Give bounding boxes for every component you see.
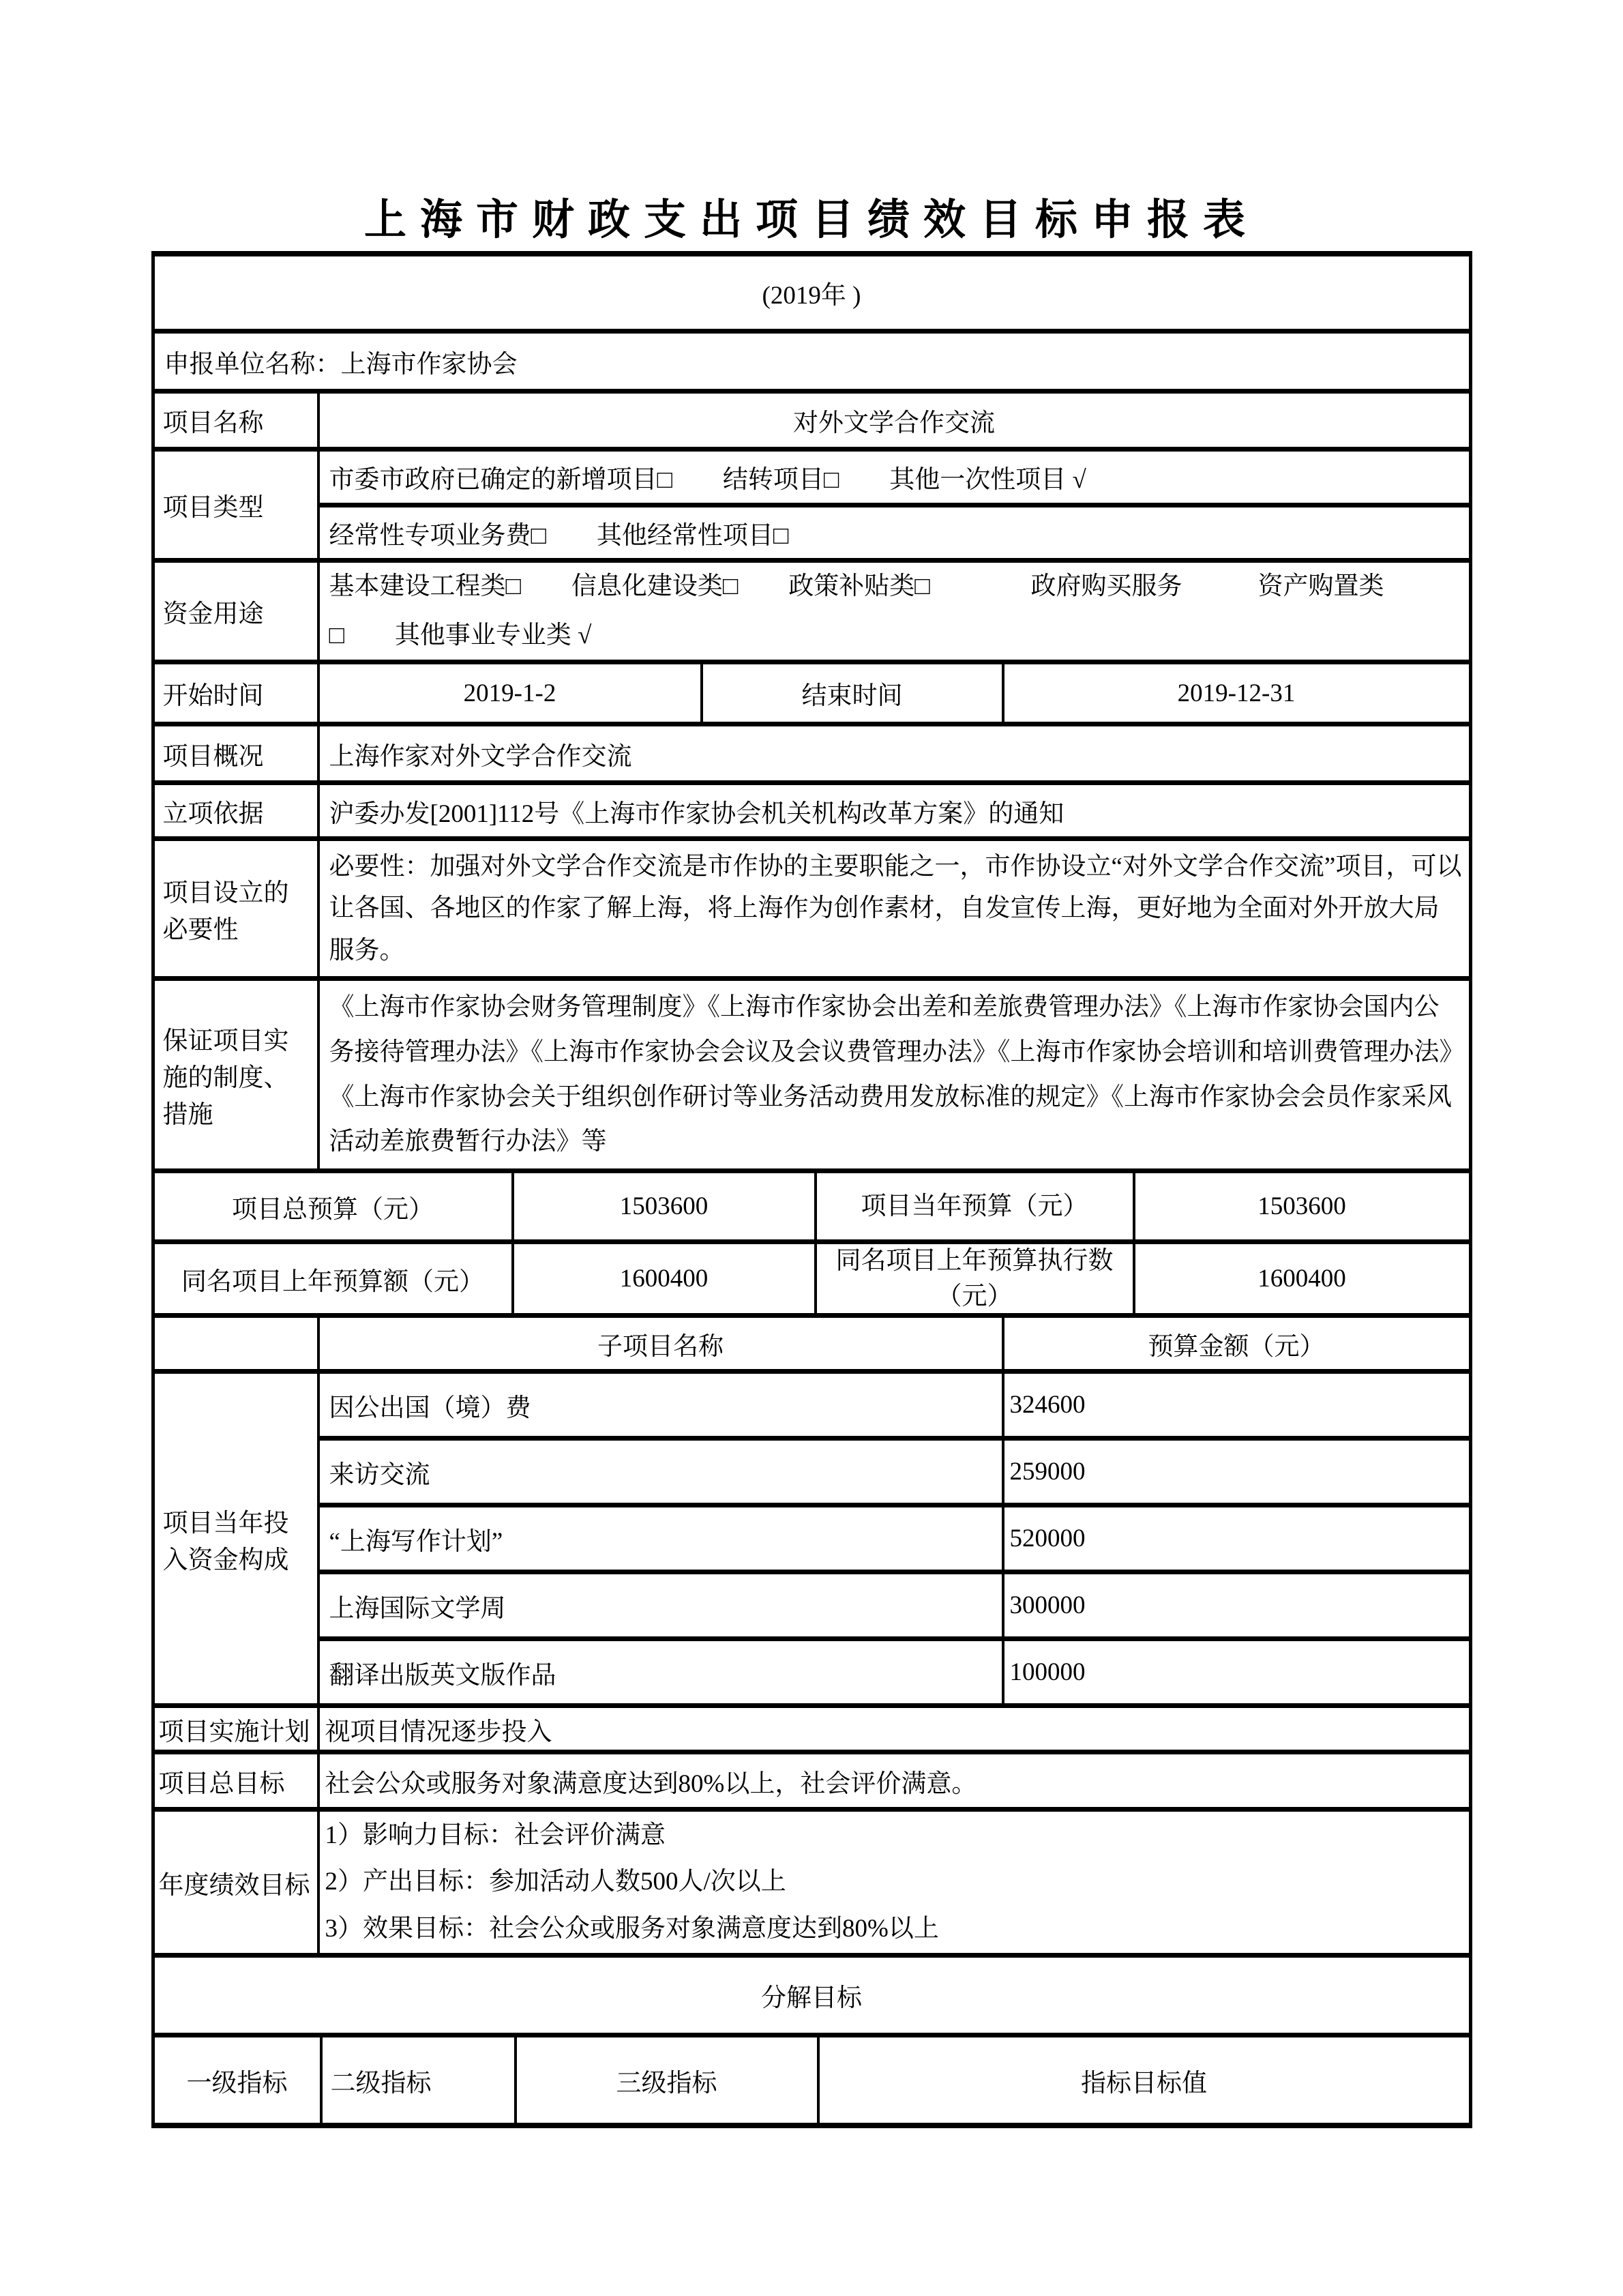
funding-composition-label: 项目当年投入资金构成 xyxy=(155,1374,320,1703)
subproject-list: 因公出国（境）费 324600 来访交流 259000 “上海写作计划” 520… xyxy=(320,1374,1469,1703)
subproject-header-spacer xyxy=(155,1318,320,1369)
decomposed-goal-title: 分解目标 xyxy=(155,1958,1469,2033)
subproject-row: 翻译出版英文版作品 100000 xyxy=(320,1641,1469,1703)
end-time-value: 2019-12-31 xyxy=(1004,664,1469,722)
row-fund-usage: 资金用途 基本建设工程类□ 信息化建设类□ 政策补贴类□ 政府购买服务 资产购置… xyxy=(155,563,1469,664)
necessity-value: 必要性：加强对外文学合作交流是市作协的主要职能之一，市作协设立“对外文学合作交流… xyxy=(320,841,1469,976)
project-name-label: 项目名称 xyxy=(155,394,320,447)
start-time-value: 2019-1-2 xyxy=(320,664,703,722)
row-subproject-header: 子项目名称 预算金额（元） xyxy=(155,1318,1469,1374)
basis-value: 沪委办发[2001]112号《上海市作家协会机关机构改革方案》的通知 xyxy=(320,785,1469,836)
subproject-row: 上海国际文学周 300000 xyxy=(320,1574,1469,1641)
subproject-amount-header: 预算金额（元） xyxy=(1004,1318,1469,1369)
row-overview: 项目概况 上海作家对外文学合作交流 xyxy=(155,726,1469,785)
end-time-label: 结束时间 xyxy=(703,664,1004,722)
indicator-level3-header: 三级指标 xyxy=(517,2037,820,2123)
subproject-amount: 259000 xyxy=(1004,1441,1469,1503)
annual-goal-line-2: 2）产出目标：参加活动人数500人/次以上 xyxy=(325,1859,1465,1905)
subproject-name: 翻译出版英文版作品 xyxy=(320,1641,1004,1703)
safeguards-value: 《上海市作家协会财务管理制度》《上海市作家协会出差和差旅费管理办法》《上海市作家… xyxy=(320,981,1469,1168)
subproject-name-header: 子项目名称 xyxy=(320,1318,1004,1369)
prev-year-execution-value: 1600400 xyxy=(1135,1244,1469,1313)
subproject-row: “上海写作计划” 520000 xyxy=(320,1507,1469,1574)
necessity-label: 项目设立的必要性 xyxy=(155,841,320,976)
prev-year-budget-label: 同名项目上年预算额（元） xyxy=(155,1244,514,1313)
page-title: 上海市财政支出项目绩效目标申报表 xyxy=(0,199,1623,241)
current-year-budget-value: 1503600 xyxy=(1135,1173,1469,1239)
form-table: (2019年 ) 申报单位名称：上海市作家协会 项目名称 对外文学合作交流 项目… xyxy=(151,251,1472,2128)
subproject-row: 因公出国（境）费 324600 xyxy=(320,1374,1469,1441)
row-year: (2019年 ) xyxy=(155,256,1469,334)
row-project-name: 项目名称 对外文学合作交流 xyxy=(155,394,1469,452)
total-budget-label: 项目总预算（元） xyxy=(155,1173,514,1239)
safeguards-label: 保证项目实施的制度、措施 xyxy=(155,981,320,1168)
row-decomposed-goal: 分解目标 xyxy=(155,1958,1469,2037)
fund-usage-label: 资金用途 xyxy=(155,563,320,660)
subproject-name: 上海国际文学周 xyxy=(320,1574,1004,1636)
row-annual-goals: 年度绩效目标 1）影响力目标：社会评价满意 2）产出目标：参加活动人数500人/… xyxy=(155,1812,1469,1958)
row-declaring-unit: 申报单位名称：上海市作家协会 xyxy=(155,334,1469,394)
subproject-amount: 520000 xyxy=(1004,1507,1469,1570)
document-page: { "page": { "title": "上海市财政支出项目绩效目标申报表" … xyxy=(0,0,1623,2296)
project-type-label: 项目类型 xyxy=(155,452,320,558)
row-overall-goal: 项目总目标 社会公众或服务对象满意度达到80%以上，社会评价满意。 xyxy=(155,1754,1469,1812)
row-subprojects: 项目当年投入资金构成 因公出国（境）费 324600 来访交流 259000 “… xyxy=(155,1374,1469,1708)
project-type-line-1: 市委市政府已确定的新增项目□ 结转项目□ 其他一次性项目 √ xyxy=(320,452,1469,503)
subproject-amount: 324600 xyxy=(1004,1374,1469,1436)
overall-goal-value: 社会公众或服务对象满意度达到80%以上，社会评价满意。 xyxy=(320,1754,1469,1807)
declaring-unit-cell: 申报单位名称：上海市作家协会 xyxy=(155,334,1469,389)
fund-usage-line-1: 基本建设工程类□ 信息化建设类□ 政策补贴类□ 政府购买服务 资产购置类 xyxy=(329,562,1462,611)
project-name-value: 对外文学合作交流 xyxy=(320,394,1469,447)
annual-goal-line-1: 1）影响力目标：社会评价满意 xyxy=(325,1812,1465,1859)
start-time-label: 开始时间 xyxy=(155,664,320,722)
fund-usage-line-2: □ 其他事业专业类 √ xyxy=(329,611,1462,660)
row-indicator-headers: 一级指标 二级指标 三级指标 指标目标值 xyxy=(155,2037,1469,2123)
indicator-target-header: 指标目标值 xyxy=(820,2037,1469,2123)
subproject-name: 来访交流 xyxy=(320,1441,1004,1503)
row-necessity: 项目设立的必要性 必要性：加强对外文学合作交流是市作协的主要职能之一，市作协设立… xyxy=(155,841,1469,981)
indicator-level1-header: 一级指标 xyxy=(155,2037,320,2123)
overview-label: 项目概况 xyxy=(155,726,320,780)
project-type-options: 市委市政府已确定的新增项目□ 结转项目□ 其他一次性项目 √ 经常性专项业务费□… xyxy=(320,452,1469,558)
subproject-amount: 300000 xyxy=(1004,1574,1469,1636)
plan-label: 项目实施计划 xyxy=(155,1708,320,1750)
subproject-name: 因公出国（境）费 xyxy=(320,1374,1004,1436)
row-project-type: 项目类型 市委市政府已确定的新增项目□ 结转项目□ 其他一次性项目 √ 经常性专… xyxy=(155,452,1469,563)
row-basis: 立项依据 沪委办发[2001]112号《上海市作家协会机关机构改革方案》的通知 xyxy=(155,785,1469,841)
overview-value: 上海作家对外文学合作交流 xyxy=(320,726,1469,780)
subproject-row: 来访交流 259000 xyxy=(320,1441,1469,1507)
current-year-budget-label: 项目当年预算（元） xyxy=(817,1173,1135,1239)
plan-value: 视项目情况逐步投入 xyxy=(320,1708,1469,1750)
prev-year-execution-label: 同名项目上年预算执行数（元） xyxy=(817,1244,1135,1313)
row-safeguards: 保证项目实施的制度、措施 《上海市作家协会财务管理制度》《上海市作家协会出差和差… xyxy=(155,981,1469,1173)
basis-label: 立项依据 xyxy=(155,785,320,836)
annual-goals-value: 1）影响力目标：社会评价满意 2）产出目标：参加活动人数500人/次以上 3）效… xyxy=(320,1812,1469,1953)
prev-year-budget-value: 1600400 xyxy=(514,1244,817,1313)
total-budget-value: 1503600 xyxy=(514,1173,817,1239)
annual-goals-label: 年度绩效目标 xyxy=(155,1812,320,1953)
year-cell: (2019年 ) xyxy=(155,256,1469,329)
annual-goal-line-3: 3）效果目标：社会公众或服务对象满意度达到80%以上 xyxy=(325,1906,1465,1952)
subproject-amount: 100000 xyxy=(1004,1641,1469,1703)
fund-usage-options: 基本建设工程类□ 信息化建设类□ 政策补贴类□ 政府购买服务 资产购置类 □ 其… xyxy=(320,563,1469,660)
row-budget-previous: 同名项目上年预算额（元） 1600400 同名项目上年预算执行数（元） 1600… xyxy=(155,1244,1469,1318)
row-dates: 开始时间 2019-1-2 结束时间 2019-12-31 xyxy=(155,664,1469,726)
subproject-name: “上海写作计划” xyxy=(320,1507,1004,1570)
row-budget-total: 项目总预算（元） 1503600 项目当年预算（元） 1503600 xyxy=(155,1173,1469,1244)
project-type-line-2: 经常性专项业务费□ 其他经常性项目□ xyxy=(320,507,1469,559)
indicator-level2-header: 二级指标 xyxy=(323,2037,517,2123)
row-plan: 项目实施计划 视项目情况逐步投入 xyxy=(155,1708,1469,1754)
overall-goal-label: 项目总目标 xyxy=(155,1754,320,1807)
